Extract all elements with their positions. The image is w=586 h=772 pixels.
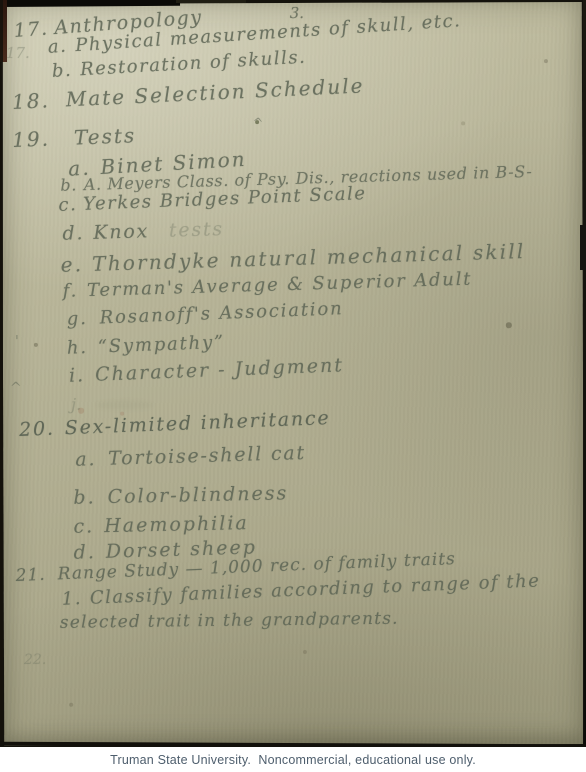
tick-mark-left-margin: ' [15, 332, 19, 350]
ghost-marker-17: 17. [6, 44, 30, 62]
line-20-sex-limited-inheritance: 20.Sex-limited inheritance [19, 407, 331, 441]
pencil-mark-glyph: ^ [251, 115, 264, 131]
item-text-faded: tests [169, 218, 225, 242]
archive-caption: Truman State University. Noncommercial, … [110, 753, 476, 767]
item-text: Tortoise-shell cat [108, 442, 306, 470]
pencil-mark-glyph: ' [15, 332, 19, 350]
line-20c-haemophilia: c.Haemophilia [73, 512, 249, 538]
item-marker: 22. [24, 652, 46, 668]
item-marker: 17. [13, 17, 49, 41]
item-text: Character - Judgment [95, 354, 345, 386]
item-marker: b. [51, 60, 72, 82]
item-marker: d. [73, 541, 96, 564]
line-19i-character-judgment: i.Character - Judgment [69, 354, 345, 387]
photo-edge-left [0, 0, 3, 747]
line-20b-color-blindness: b.Color-blindness [73, 482, 288, 508]
page-number: 3. [290, 4, 304, 22]
item-marker: d. [62, 222, 84, 245]
item-text: Color-blindness [107, 482, 288, 508]
page-number-text: 3. [290, 4, 304, 22]
item-marker: b. [60, 175, 77, 194]
item-marker: a. [47, 36, 68, 58]
item-marker: f. [62, 280, 78, 301]
item-marker: j. [71, 395, 81, 414]
item-marker: g. [66, 308, 88, 330]
line-22-faint: 22. [24, 652, 46, 668]
line-20a-tortoise-shell-cat: a.Tortoise-shell cat [75, 442, 306, 471]
erased-text-smudge [95, 400, 153, 409]
line-21-1-continued: selected trait in the grandparents. [60, 609, 399, 633]
notebook-page: 3. 17.Anthropology 17. a.Physical measur… [2, 2, 585, 746]
photo-edge-right-notch [580, 225, 586, 270]
item-marker: 19. [12, 127, 51, 152]
item-text: Haemophilia [104, 512, 249, 537]
photo-edge-top-thin [176, 0, 246, 3]
item-text: “Sympathy” [97, 332, 225, 358]
item-marker: i. [69, 364, 86, 387]
caret-mark-center: ^ [251, 115, 264, 131]
item-marker: 20. [19, 418, 55, 441]
item-text: Mate Selection Schedule [65, 73, 365, 111]
item-marker: 17. [6, 44, 30, 62]
scanned-document-photo: 3. 17.Anthropology 17. a.Physical measur… [0, 0, 586, 772]
item-text: Tests [73, 123, 136, 149]
item-marker: a. [75, 448, 97, 471]
item-marker: c. [58, 194, 78, 216]
caret-mark-left-margin: ^ [10, 380, 22, 396]
item-marker: 18. [11, 88, 50, 114]
line-19d-knox: d.Knox tests [62, 218, 224, 245]
line-19g-rosanoff: g.Rosanoff's Association [66, 298, 343, 330]
line-19-tests: 19.Tests [12, 123, 137, 152]
item-marker: e. [60, 252, 83, 277]
item-marker: 21. [15, 565, 46, 586]
archive-caption-bar: Truman State University. Noncommercial, … [0, 747, 586, 772]
item-text: selected trait in the grandparents. [60, 609, 399, 633]
item-marker: 1. [61, 588, 82, 610]
line-19j-erased: j. [71, 394, 153, 413]
item-marker: b. [73, 486, 96, 508]
item-text: Knox [93, 220, 149, 244]
item-marker: c. [73, 515, 94, 537]
line-19h-sympathy: h.“Sympathy” [67, 332, 226, 359]
item-text: Rosanoff's Association [99, 298, 344, 328]
item-marker: h. [67, 337, 89, 359]
pencil-mark-glyph: ^ [10, 380, 22, 396]
